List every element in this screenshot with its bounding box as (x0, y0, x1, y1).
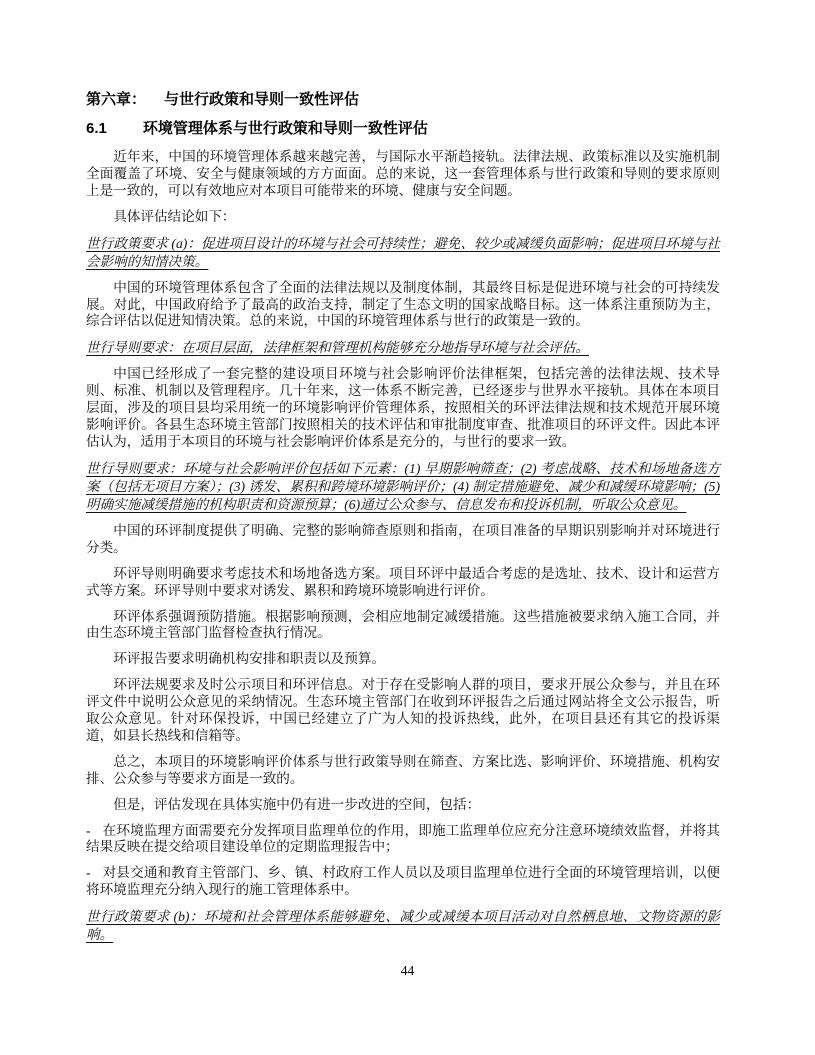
section-heading: 6.1环境管理体系与世行政策和导则一致性评估 (86, 120, 720, 137)
paragraph: 环评报告要求明确机构安排和职责以及预算。 (86, 651, 720, 668)
paragraph: 环评导则明确要求考虑技术和场地备选方案。项目环评中最适合考虑的是选址、技术、设计… (86, 566, 720, 600)
document-body: 第六章：与世行政策和导则一致性评估6.1环境管理体系与世行政策和导则一致性评估近… (86, 91, 720, 953)
paragraph: 中国已经形成了一套完整的建设项目环境与社会影响评价法律框架，包括完善的法律法规、… (86, 366, 720, 451)
dash-item-text: 对县交通和教育主管部门、乡、镇、村政府工作人员以及项目监理单位进行全面的环境管理… (86, 865, 720, 897)
chapter-heading-title: 与世行政策和导则一致性评估 (164, 91, 359, 108)
dash-item: -在环境监理方面需要充分发挥项目监理单位的作用，即施工监理单位应充分注意环境绩效… (86, 823, 720, 857)
page-number: 44 (0, 963, 815, 979)
section-heading-label: 6.1 (86, 120, 107, 137)
paragraph: 总之，本项目的环境影响评价体系与世行政策导则在筛查、方案比选、影响评价、环境措施… (86, 754, 720, 788)
document-page: 第六章：与世行政策和导则一致性评估6.1环境管理体系与世行政策和导则一致性评估近… (0, 0, 815, 1055)
paragraph: 中国的环境管理体系包含了全面的法律法规以及制度体制，其最终目标是促进环境与社会的… (86, 280, 720, 331)
paragraph: 但是，评估发现在具体实施中仍有进一步改进的空间，包括： (86, 797, 720, 814)
chapter-heading-label: 第六章： (86, 91, 146, 108)
dash-item: -对县交通和教育主管部门、乡、镇、村政府工作人员以及项目监理单位进行全面的环境管… (86, 865, 720, 899)
paragraph: 具体评估结论如下： (86, 209, 720, 226)
paragraph: 近年来，中国的环境管理体系越来越完善，与国际水平渐趋接轨。法律法规、政策标准以及… (86, 149, 720, 200)
dash-item-text: 在环境监理方面需要充分发挥项目监理单位的作用，即施工监理单位应充分注意环境绩效监… (86, 823, 720, 855)
requirement: 世行导则要求：在项目层面，法律框架和管理机构能够充分地指导环境与社会评估。 (86, 339, 720, 357)
requirement: 世行导则要求：环境与社会影响评价包括如下元素：(1) 早期影响筛查；(2) 考虑… (86, 460, 720, 514)
paragraph: 中国的环评制度提供了明确、完整的影响筛查原则和指南，在项目准备的早期识别影响并对… (86, 523, 720, 557)
chapter-heading: 第六章：与世行政策和导则一致性评估 (86, 91, 720, 108)
paragraph: 环评体系强调预防措施。根据影响预测，会相应地制定减缓措施。这些措施被要求纳入施工… (86, 609, 720, 643)
dash-marker: - (86, 823, 91, 840)
section-heading-title: 环境管理体系与世行政策和导则一致性评估 (143, 120, 428, 137)
requirement: 世行政策要求 (a)：促进项目设计的环境与社会可持续性；避免、较少或减缓负面影响… (86, 235, 720, 271)
requirement: 世行政策要求 (b)：环境和社会管理体系能够避免、减少或减缓本项目活动对自然栖息… (86, 908, 720, 944)
dash-marker: - (86, 865, 91, 882)
paragraph: 环评法规要求及时公示项目和环评信息。对于存在受影响人群的项目，要求开展公众参与，… (86, 677, 720, 745)
